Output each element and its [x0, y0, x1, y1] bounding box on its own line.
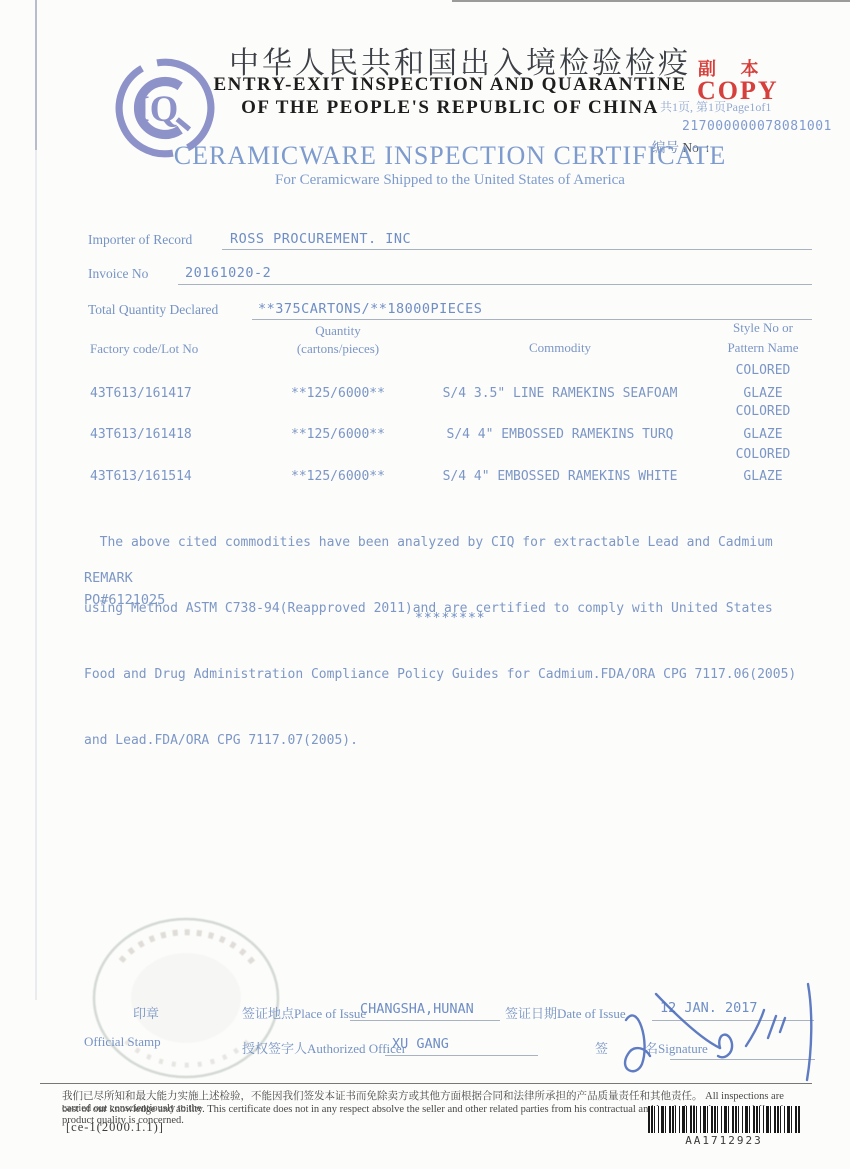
header-factory-code: Factory code/Lot No	[90, 341, 270, 357]
table-row-lot: 43T613/161417	[90, 386, 270, 401]
table-row-lot: 43T613/161418	[90, 427, 270, 442]
remark-label: REMARK	[84, 570, 133, 586]
certificate-page: IQ 中华人民共和国出入境检验检疫 ENTRY-EXIT INSPECTION …	[0, 0, 850, 1169]
table-row-style-colored: COLORED	[713, 363, 813, 378]
table-row-commodity: S/4 3.5" LINE RAMEKINS SEAFOAM	[420, 386, 700, 401]
table-row-style-glaze: GLAZE	[713, 386, 813, 401]
scan-edge-line	[35, 0, 37, 150]
header-style-1: Style No or	[713, 320, 813, 336]
barcode	[648, 1106, 800, 1133]
certificate-number: 217000000078081001	[682, 119, 832, 134]
officer-underline	[385, 1055, 538, 1056]
header-cartons-pieces: (cartons/pieces)	[278, 341, 398, 357]
importer-label: Importer of Record	[88, 232, 192, 248]
header-title-english-2: OF THE PEOPLE'S REPUBLIC OF CHINA	[160, 97, 740, 119]
header-title-english-1: ENTRY-EXIT INSPECTION AND QUARANTINE	[160, 74, 740, 96]
form-code: [ce-1(2000.1.1)]	[66, 1120, 164, 1135]
scan-edge-line-faint	[35, 150, 37, 1000]
statement-line: The above cited commodities have been an…	[84, 532, 764, 554]
authorized-officer-label: 授权签字人Authorized Officer	[242, 1038, 406, 1057]
header-commodity: Commodity	[420, 340, 700, 356]
header-quantity: Quantity	[278, 323, 398, 339]
importer-underline	[222, 249, 812, 250]
table-row-commodity: S/4 4" EMBOSSED RAMEKINS TURQ	[420, 427, 700, 442]
table-row-qty: **125/6000**	[278, 469, 398, 484]
authorized-officer-value: XU GANG	[392, 1036, 449, 1052]
stamp-label-cn: 印章	[133, 1003, 159, 1022]
table-row-style-glaze: GLAZE	[713, 427, 813, 442]
page-count: 共1页, 第1页Page1of1	[660, 98, 771, 115]
asterisk-separator: ********	[415, 611, 486, 626]
scan-top-line	[452, 0, 850, 2]
table-row-style-colored: COLORED	[713, 404, 813, 419]
table-row-qty: **125/6000**	[278, 427, 398, 442]
table-row-qty: **125/6000**	[278, 386, 398, 401]
header-style-2: Pattern Name	[713, 340, 813, 356]
place-underline	[350, 1020, 500, 1021]
analysis-statement: The above cited commodities have been an…	[84, 488, 764, 796]
importer-value: ROSS PROCUREMENT. INC	[230, 231, 411, 247]
total-quantity-value: **375CARTONS/**18000PIECES	[258, 301, 482, 317]
invoice-value: 20161020-2	[185, 265, 271, 281]
certificate-subtitle: For Ceramicware Shipped to the United St…	[170, 172, 730, 189]
table-row-style-glaze: GLAZE	[713, 469, 813, 484]
invoice-label: Invoice No	[88, 266, 148, 282]
official-stamp-mark	[86, 916, 291, 1084]
total-quantity-label: Total Quantity Declared	[88, 302, 218, 318]
po-number: PO#6121025	[84, 592, 165, 608]
table-row-lot: 43T613/161514	[90, 469, 270, 484]
footer-divider	[40, 1083, 812, 1084]
barcode-text: AA1712923	[648, 1134, 800, 1147]
invoice-underline	[178, 284, 812, 285]
handwritten-signature	[598, 972, 830, 1087]
statement-line: and Lead.FDA/ORA CPG 7117.07(2005).	[84, 730, 764, 752]
statement-line: Food and Drug Administration Compliance …	[84, 664, 764, 686]
certificate-title: CERAMICWARE INSPECTION CERTIFICATE	[170, 141, 730, 171]
place-of-issue-label: 签证地点Place of Issue	[242, 1003, 366, 1022]
place-of-issue-value: CHANGSHA,HUNAN	[360, 1001, 474, 1017]
table-row-style-colored: COLORED	[713, 447, 813, 462]
stamp-label-en: Official Stamp	[84, 1034, 161, 1050]
table-row-commodity: S/4 4" EMBOSSED RAMEKINS WHITE	[420, 469, 700, 484]
